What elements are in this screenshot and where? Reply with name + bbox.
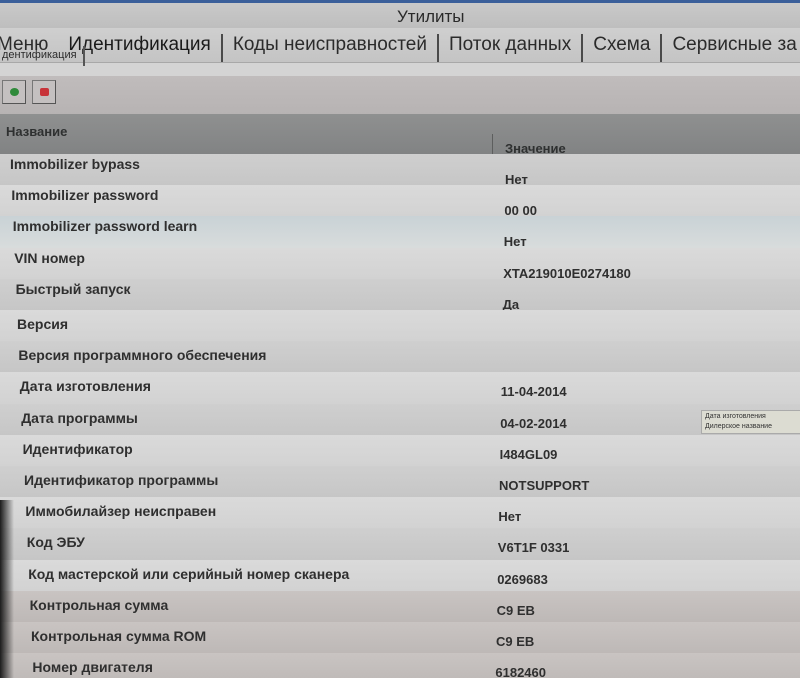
row-name: Идентификатор программы (24, 472, 218, 488)
table-row[interactable]: Номер двигателя6182460 (0, 653, 800, 678)
window-title: Утилиты (397, 7, 465, 27)
row-name: Дата программы (21, 410, 138, 426)
table-row[interactable]: Дата программы04-02-2014 (0, 404, 800, 436)
row-name: VIN номер (14, 250, 85, 266)
tab-fault-codes[interactable]: Коды неисправностей (223, 34, 439, 62)
refresh-button[interactable] (2, 80, 26, 104)
table-row[interactable]: Код ЭБУV6T1F 0331 (0, 528, 800, 560)
table-row[interactable]: Иммобилайзер неисправенНет (0, 497, 800, 529)
table-row[interactable]: Версия программного обеспечения (0, 341, 800, 373)
row-value: 0269683 (497, 572, 548, 587)
app-screen: Утилиты Меню Идентификация Коды неисправ… (0, 0, 800, 678)
row-name: Версия (17, 316, 68, 332)
identification-table: Название Значение Immobilizer bypassНетI… (0, 114, 800, 678)
main-tabs: Меню Идентификация Коды неисправностей П… (0, 28, 800, 63)
row-name: Контрольная сумма ROM (31, 628, 206, 644)
row-value: V6T1F 0331 (498, 540, 570, 555)
column-header-name[interactable]: Название (6, 124, 67, 139)
row-value: C9 EB (496, 634, 534, 649)
row-name: Дата изготовления (20, 378, 151, 394)
stop-button[interactable] (32, 80, 56, 104)
tooltip-line: Дилерское название (705, 422, 800, 432)
row-value: I484GL09 (500, 447, 558, 462)
title-bar: Утилиты (0, 0, 800, 30)
tab-service[interactable]: Сервисные за (662, 34, 800, 62)
row-name: Идентификатор (23, 441, 133, 457)
table-row[interactable]: Immobilizer bypassНет (0, 154, 800, 186)
row-name: Код мастерской или серийный номер сканер… (28, 566, 349, 582)
table-row[interactable]: Версия (0, 310, 800, 342)
toolbar (0, 76, 800, 114)
tab-data-stream[interactable]: Поток данных (439, 34, 583, 62)
table-row[interactable]: VIN номерXTA219010E0274180 (0, 248, 800, 280)
table-row[interactable]: Идентификатор программыNOTSUPPORT (0, 466, 800, 498)
row-value: 6182460 (495, 665, 546, 678)
subtab-identification[interactable]: дентификация (0, 46, 85, 66)
row-name: Immobilizer password learn (13, 218, 197, 234)
row-value: 11-04-2014 (501, 384, 567, 399)
row-name: Быстрый запуск (16, 281, 131, 297)
table-row[interactable]: Immobilizer password learnНет (0, 216, 800, 248)
row-name: Иммобилайзер неисправен (25, 503, 216, 519)
row-name: Номер двигателя (32, 659, 152, 675)
row-name: Immobilizer password (11, 187, 158, 203)
row-value: 04-02-2014 (500, 416, 567, 431)
row-value: NOTSUPPORT (499, 478, 589, 493)
table-row[interactable]: Код мастерской или серийный номер сканер… (0, 560, 800, 592)
tab-scheme[interactable]: Схема (583, 34, 662, 62)
red-arrow-icon (40, 88, 49, 96)
row-name: Версия программного обеспечения (18, 347, 266, 363)
row-name: Immobilizer bypass (10, 156, 140, 172)
table-row[interactable]: Immobilizer password00 00 (0, 185, 800, 217)
table-row[interactable]: Дата изготовления11-04-2014 (0, 372, 800, 404)
green-dot-icon (10, 88, 19, 96)
row-value: C9 EB (497, 603, 535, 618)
row-name: Код ЭБУ (27, 534, 85, 550)
row-value: Нет (498, 509, 521, 524)
screen-bezel (0, 500, 14, 678)
row-name: Контрольная сумма (30, 597, 169, 613)
table-row[interactable]: ИдентификаторI484GL09 (0, 435, 800, 467)
table-row[interactable]: Контрольная суммаC9 EB (0, 591, 800, 623)
table-row[interactable]: Быстрый запускДа (0, 279, 800, 311)
tooltip-line: Дата изготовления (705, 412, 800, 422)
table-row[interactable]: Контрольная сумма ROMC9 EB (0, 622, 800, 654)
tooltip: Дата изготовления Дилерское название (701, 410, 800, 434)
